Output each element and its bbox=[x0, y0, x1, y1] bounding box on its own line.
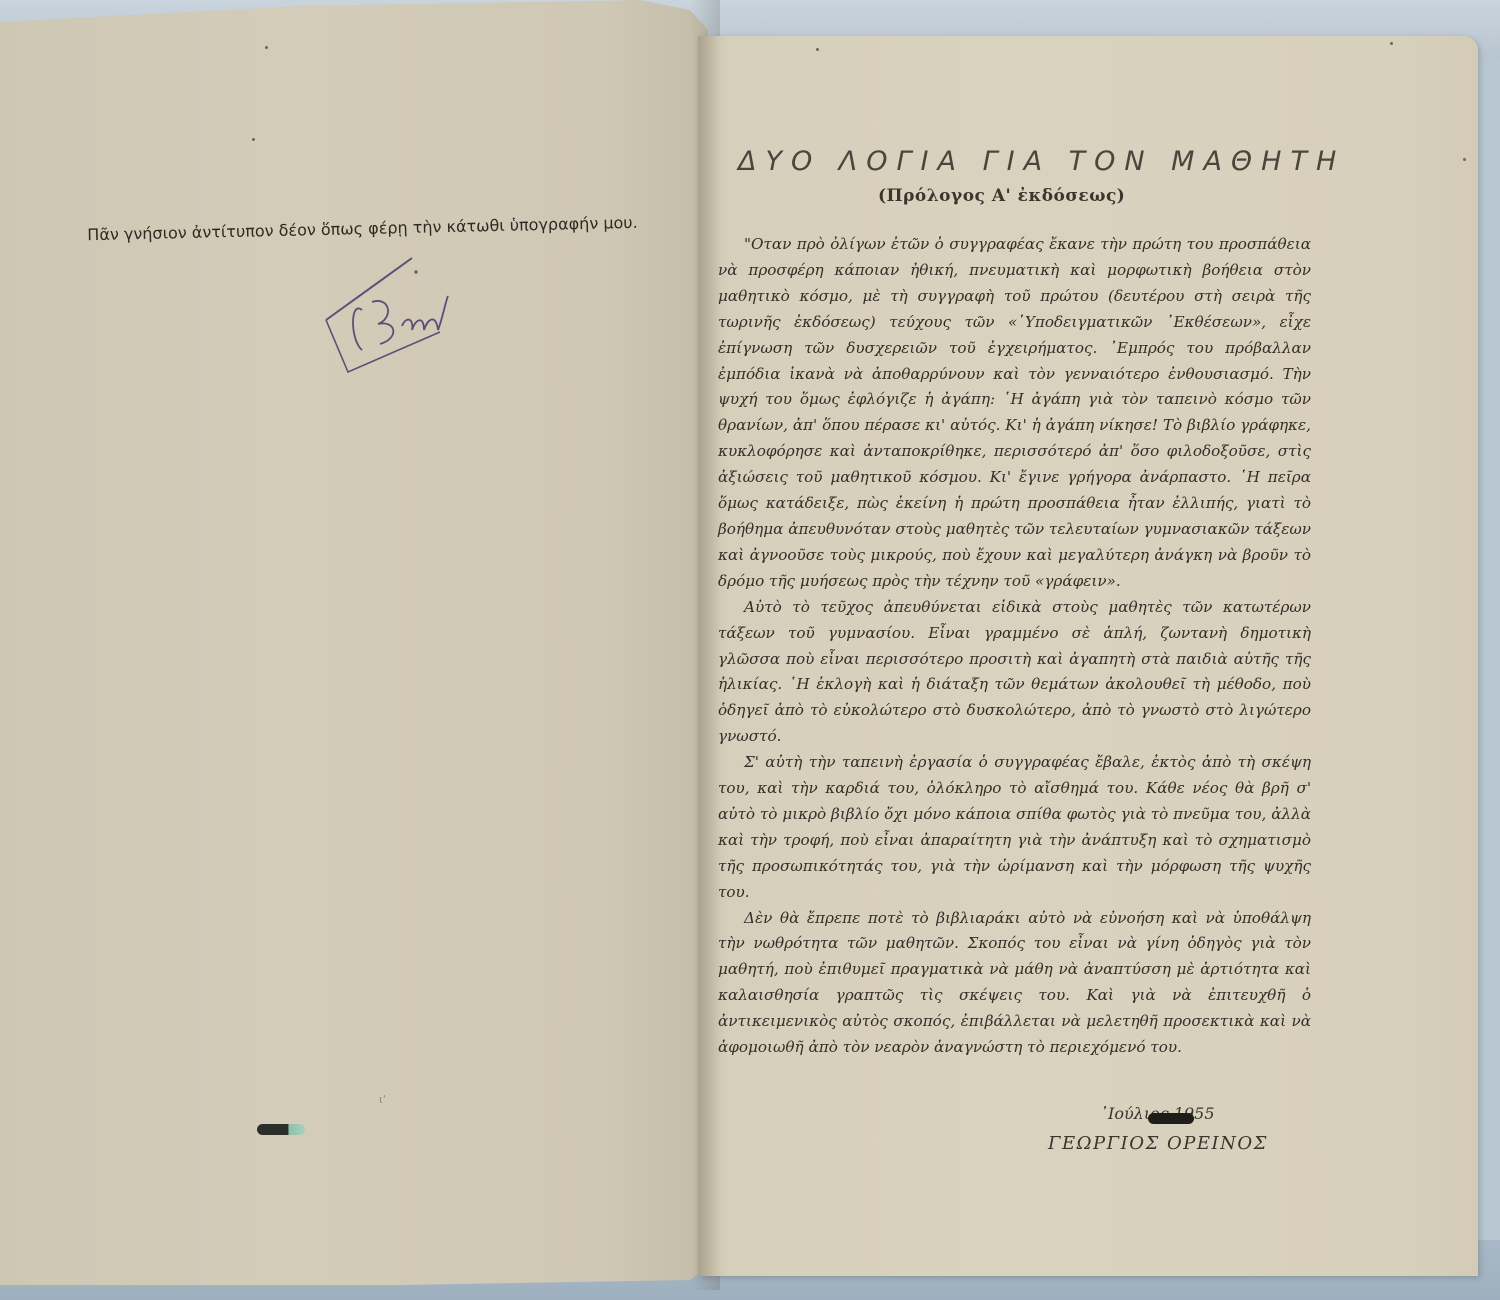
paragraph-2: Αὐτὸ τὸ τεῦχος ἀπευθύνεται εἰδικὰ στοὺς … bbox=[718, 595, 1311, 750]
ink-blot bbox=[1148, 1113, 1194, 1124]
ink-mark bbox=[257, 1124, 305, 1135]
paper-speck bbox=[1463, 158, 1466, 161]
author-name: ΓΕΩΡΓΙΟΣ ΟΡΕΙΝΟΣ bbox=[1048, 1133, 1268, 1154]
page-subtitle: (Πρόλογος Α' ἐκδόσεως) bbox=[878, 186, 1278, 206]
paper-speck bbox=[816, 48, 819, 51]
paper-speck bbox=[265, 46, 268, 49]
left-page bbox=[0, 0, 710, 1285]
signature-icon bbox=[320, 240, 480, 380]
paragraph-1: "Οταν πρὸ ὀλίγων ἐτῶν ὁ συγγραφέας ἔκανε… bbox=[718, 232, 1311, 595]
paper-speck bbox=[252, 138, 255, 141]
page-title: ΔΥΟ ΛΟΓΙΑ ΓΙΑ ΤΟΝ ΜΑΘΗΤΗ bbox=[738, 146, 1418, 177]
paragraph-4: Δὲν θὰ ἔπρεπε ποτὲ τὸ βιβλιαράκι αὐτὸ νὰ… bbox=[718, 906, 1311, 1061]
paper-speck bbox=[1390, 42, 1393, 45]
preface-body: "Οταν πρὸ ὀλίγων ἐτῶν ὁ συγγραφέας ἔκανε… bbox=[718, 232, 1311, 1061]
page-mark: ι' bbox=[379, 1093, 386, 1106]
right-page-gutter-shadow bbox=[698, 36, 720, 1276]
paragraph-3: Σ' αὐτὴ τὴν ταπεινὴ ἐργασία ὁ συγγραφέας… bbox=[718, 750, 1311, 905]
